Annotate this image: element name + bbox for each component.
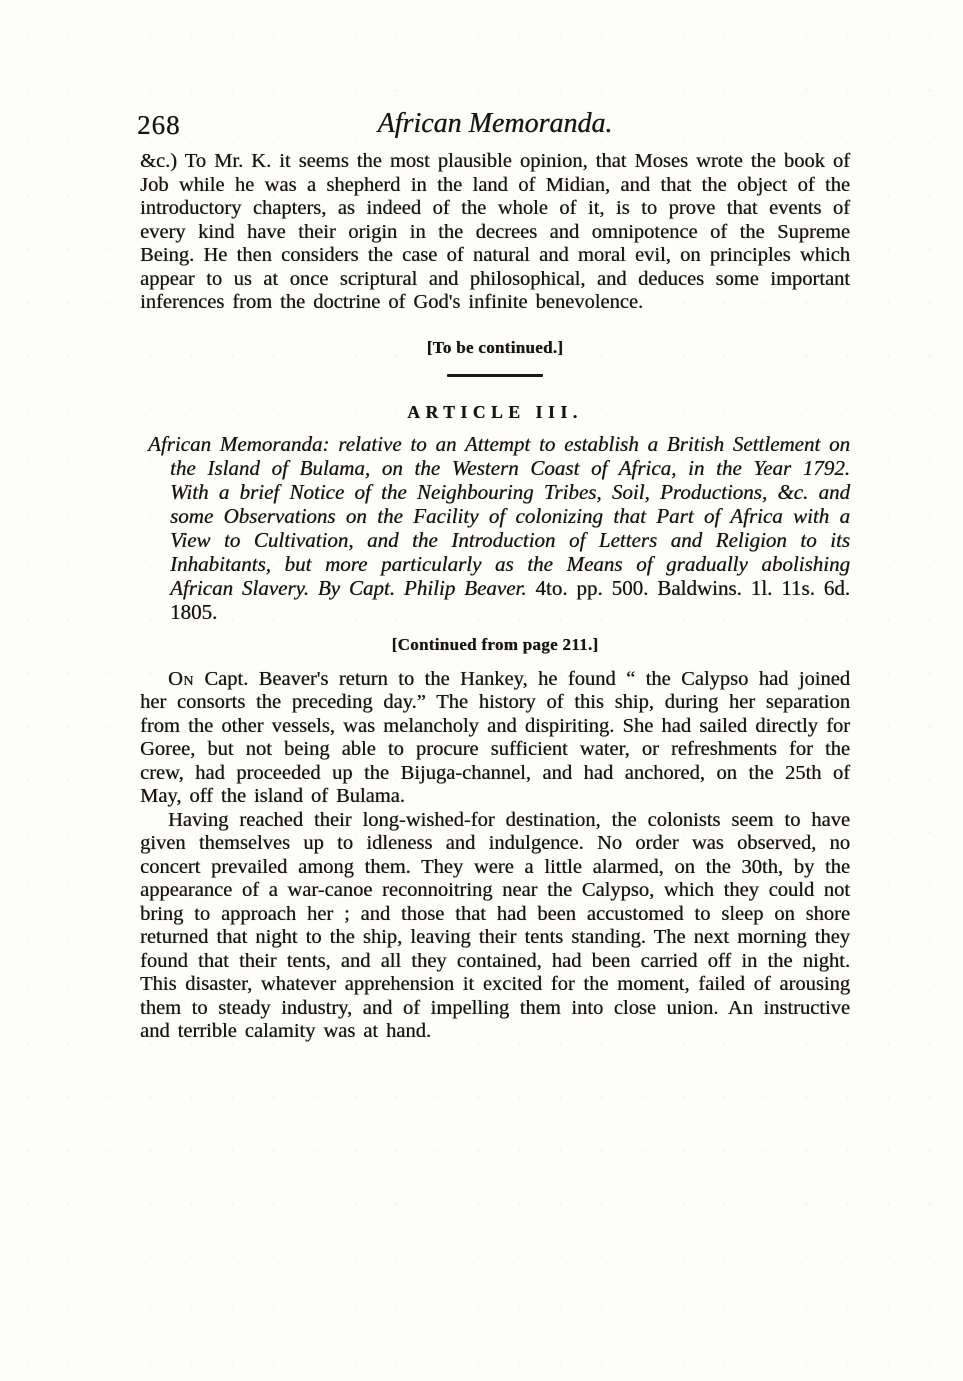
article-title-italic-part: African Memoranda: relative to an Attemp… [148, 432, 850, 600]
page-number: 268 [137, 110, 181, 141]
scanned-book-page: 268 African Memoranda. &c.) To Mr. K. it… [0, 0, 963, 1381]
running-head: 268 African Memoranda. [140, 108, 850, 144]
text-column: 268 African Memoranda. &c.) To Mr. K. it… [140, 108, 850, 1044]
article-heading: ARTICLE III. [140, 402, 850, 423]
section-divider-rule [447, 374, 543, 377]
paragraph-rest: Capt. Beaver's return to the Hankey, he … [140, 668, 850, 808]
paragraph-review-body: On Capt. Beaver's return to the Hankey, … [140, 668, 850, 809]
paragraph-article2-conclusion: &c.) To Mr. K. it seems the most plausib… [140, 150, 850, 315]
article-title-citation: African Memoranda: relative to an Attemp… [140, 432, 850, 624]
paragraph-review-body: Having reached their long-wished-for des… [140, 809, 850, 1044]
continued-from-note: [Continued from page 211.] [140, 635, 850, 655]
to-be-continued-note: [To be continued.] [140, 338, 850, 358]
paragraph-lead-smallcaps: On [168, 668, 194, 690]
running-title: African Memoranda. [140, 108, 850, 140]
